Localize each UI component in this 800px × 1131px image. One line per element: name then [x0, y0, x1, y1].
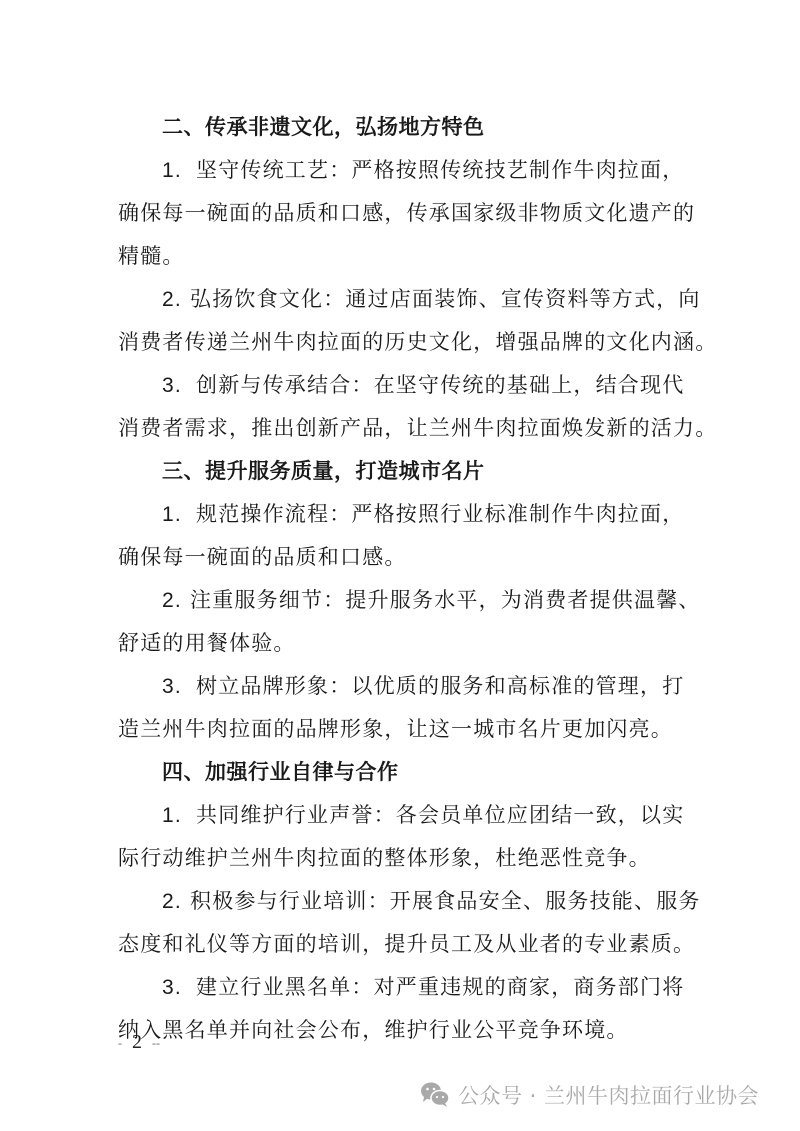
list-item: 2.弘扬饮食文化：通过店面装饰、宣传资料等方式，向 [162, 286, 701, 313]
item-text: 注重服务细节：提升服务水平，为消费者提供温馨、 [190, 588, 701, 612]
item-number: 1. [162, 803, 196, 829]
watermark-text: 公众号 · 兰州牛肉拉面行业协会 [458, 1080, 759, 1110]
list-item: 3.树立品牌形象：以优质的服务和高标准的管理，打 [162, 673, 684, 700]
list-item: 2.积极参与行业培训：开展食品安全、服务技能、服务 [162, 888, 701, 915]
item-text: 规范操作流程：严格按照行业标准制作牛肉拉面， [196, 502, 684, 526]
item-continuation: 舒适的用餐体验。 [118, 630, 296, 656]
item-continuation: 造兰州牛肉拉面的品牌形象，让这一城市名片更加闪亮。 [118, 716, 673, 742]
list-item: 1.坚守传统工艺：严格按照传统技艺制作牛肉拉面， [162, 157, 684, 184]
item-text: 积极参与行业培训：开展食品安全、服务技能、服务 [190, 889, 701, 913]
item-continuation: 态度和礼仪等方面的培训，提升员工及从业者的专业素质。 [118, 931, 695, 957]
item-text: 建立行业黑名单：对严重违规的商家，商务部门将 [196, 975, 684, 999]
item-continuation: 精髓。 [118, 243, 185, 269]
item-number: 2. [162, 889, 190, 915]
list-item: 1.共同维护行业声誉：各会员单位应团结一致，以实 [162, 802, 684, 829]
page-number-value: 2 [132, 1031, 142, 1053]
item-text: 树立品牌形象：以优质的服务和高标准的管理，打 [196, 674, 684, 698]
item-continuation: 消费者需求，推出创新产品，让兰州牛肉拉面焕发新的活力。 [118, 415, 717, 441]
section-heading: 四、加强行业自律与合作 [162, 759, 399, 785]
item-text: 坚守传统工艺：严格按照传统技艺制作牛肉拉面， [196, 158, 684, 182]
item-number: 1. [162, 502, 196, 528]
wechat-watermark: 公众号 · 兰州牛肉拉面行业协会 [420, 1080, 759, 1110]
page-number: - 2 -- [118, 1031, 160, 1054]
list-item: 3.创新与传承结合：在坚守传统的基础上，结合现代 [162, 372, 684, 399]
list-item: 1.规范操作流程：严格按照行业标准制作牛肉拉面， [162, 501, 684, 528]
item-continuation: 纳入黑名单并向社会公布，维护行业公平竞争环境。 [118, 1017, 629, 1043]
section-heading: 二、传承非遗文化，弘扬地方特色 [162, 114, 485, 140]
item-number: 1. [162, 158, 196, 184]
item-text: 弘扬饮食文化：通过店面装饰、宣传资料等方式，向 [190, 287, 701, 311]
item-text: 共同维护行业声誉：各会员单位应团结一致，以实 [196, 803, 684, 827]
section-heading: 三、提升服务质量，打造城市名片 [162, 458, 485, 484]
list-item: 2.注重服务细节：提升服务水平，为消费者提供温馨、 [162, 587, 701, 614]
wechat-icon [420, 1081, 450, 1109]
item-number: 3. [162, 373, 196, 399]
item-continuation: 消费者传递兰州牛肉拉面的历史文化，增强品牌的文化内涵。 [118, 329, 717, 355]
page-dash-right: -- [152, 1036, 160, 1050]
page-dash-left: - [118, 1036, 122, 1050]
item-continuation: 确保每一碗面的品质和口感。 [118, 544, 407, 570]
item-continuation: 际行动维护兰州牛肉拉面的整体形象，杜绝恶性竞争。 [118, 845, 651, 871]
list-item: 3.建立行业黑名单：对严重违规的商家，商务部门将 [162, 974, 684, 1001]
item-continuation: 确保每一碗面的品质和口感，传承国家级非物质文化遗产的 [118, 200, 695, 226]
item-text: 创新与传承结合：在坚守传统的基础上，结合现代 [196, 373, 684, 397]
item-number: 3. [162, 674, 196, 700]
item-number: 2. [162, 588, 190, 614]
item-number: 3. [162, 975, 196, 1001]
item-number: 2. [162, 287, 190, 313]
